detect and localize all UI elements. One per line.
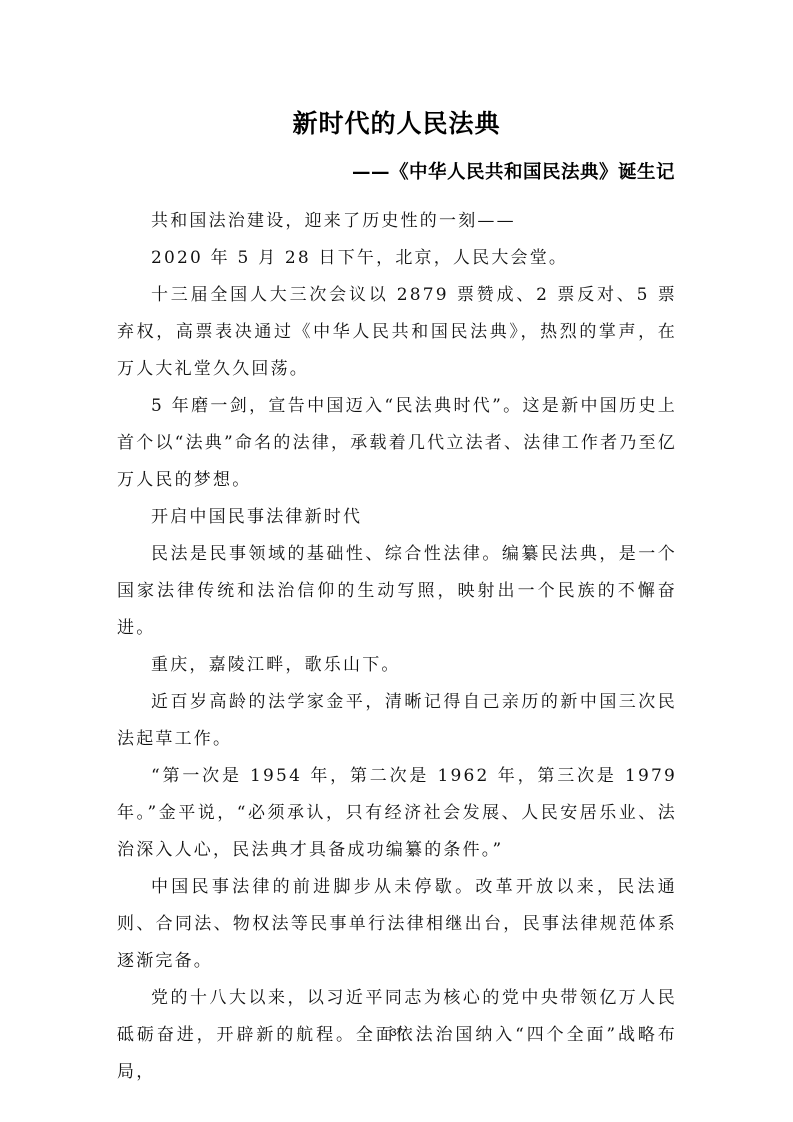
document-page: 新时代的人民法典 ——《中华人民共和国民法典》诞生记 共和国法治建设，迎来了历史…	[0, 0, 793, 1122]
paragraph: 中国民事法律的前进脚步从未停歇。改革开放以来，民法通则、合同法、物权法等民事单行…	[117, 869, 677, 980]
paragraph: 5 年磨一剑，宣告中国迈入“民法典时代”。这是新中国历史上首个以“法典”命名的法…	[117, 388, 677, 499]
article-body: 共和国法治建设，迎来了历史性的一刻—— 2020 年 5 月 28 日下午，北京…	[117, 203, 677, 1091]
section-heading: 开启中国民事法律新时代	[117, 499, 677, 536]
paragraph: 十三届全国人大三次会议以 2879 票赞成、2 票反对、5 票弃权，高票表决通过…	[117, 277, 677, 388]
paragraph: 共和国法治建设，迎来了历史性的一刻——	[117, 203, 677, 240]
paragraph: 近百岁高龄的法学家金平，清晰记得自己亲历的新中国三次民法起草工作。	[117, 684, 677, 758]
paragraph: 2020 年 5 月 28 日下午，北京，人民大会堂。	[117, 240, 677, 277]
paragraph: 重庆，嘉陵江畔，歌乐山下。	[117, 647, 677, 684]
paragraph: 民法是民事领域的基础性、综合性法律。编纂民法典，是一个国家法律传统和法治信仰的生…	[117, 536, 677, 647]
page-number: 37	[0, 1027, 793, 1039]
article-title: 新时代的人民法典	[0, 104, 793, 140]
article-subtitle: ——《中华人民共和国民法典》诞生记	[352, 158, 675, 184]
paragraph: “第一次是 1954 年，第二次是 1962 年，第三次是 1979 年。”金平…	[117, 758, 677, 869]
